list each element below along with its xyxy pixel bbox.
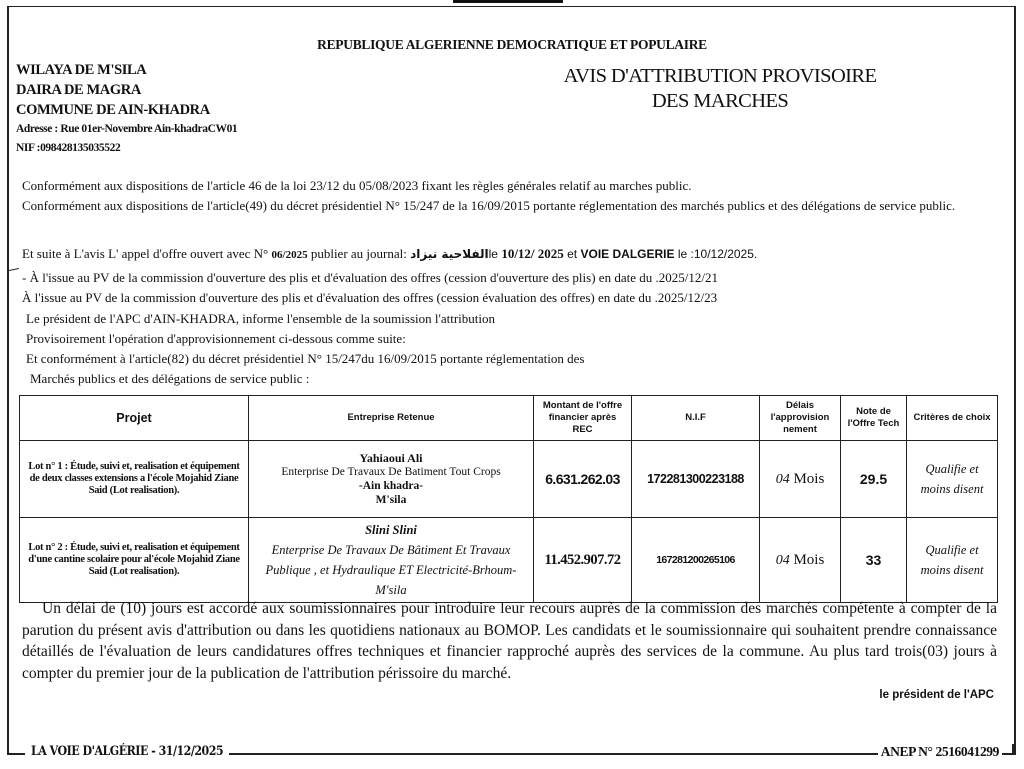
administration-block: WILAYA DE M'SILA DAIRA DE MAGRA COMMUNE … [16,60,237,158]
daira: DAIRA DE MAGRA [16,80,237,100]
commune: COMMUNE DE AIN-KHADRA [16,100,237,120]
recours-text: Un délai de (10) jours est accordé aux s… [22,600,997,682]
delai-number: 04 [776,472,790,487]
tender-number: 06/2025 [272,249,308,261]
p3-mid: publier au journal: [308,246,411,261]
recours-paragraph: Un délai de (10) jours est accordé aux s… [22,598,997,684]
entreprise-name: Slini Slini [253,520,529,540]
intro-paragraph-8: Et conformément à l'article(82) du décre… [26,349,1001,369]
footer-anep-number: ANEP N° 2516041299 [878,744,1002,760]
cell-projet: Lot n° 2 : Étude, suivi et, realisation … [20,518,249,603]
footer-right-cap [1012,744,1014,754]
entreprise-desc: Enterprise De Travaux De Batiment Tout C… [253,465,529,479]
cell-nif: 172281300223188 [632,441,760,518]
intro-paragraph-6: Le président de l'APC d'AIN-KHADRA, info… [26,309,1001,329]
header-delai: Délais l'approvision nement [760,396,841,441]
header-montant: Montant de l'offre financier après REC [534,396,632,441]
publication-date-2: le :10/12/2025. [675,247,758,261]
intro-paragraph-4: - À l'issue au PV de la commission d'ouv… [22,268,997,288]
journal-2: VOIE DALGERIE [580,247,674,261]
cell-montant: 6.631.262.03 [534,441,632,518]
cell-delai: 04 Mois [760,518,841,603]
intro-paragraph-3: Et suite à L'avis L' appel d'offre ouver… [22,244,997,265]
p3-et: et [564,247,581,261]
entreprise-name: Yahiaoui Ali [253,451,529,465]
delai-unit: Mois [790,552,825,568]
title-line-1: AVIS D'ATTRIBUTION PROVISOIRE [520,64,920,89]
table-header-row: Projet Entreprise Retenue Montant de l'o… [20,396,998,441]
cell-note: 29.5 [841,441,907,518]
cell-nif: 167281200265106 [632,518,760,603]
p3-le: le [489,247,502,261]
entreprise-location: -Ain khadra- [253,479,529,493]
cell-entreprise: Slini Slini Enterprise De Travaux De Bât… [249,518,534,603]
notice-title: AVIS D'ATTRIBUTION PROVISOIRE DES MARCHE… [520,64,920,114]
cell-critere: Qualifie et moins disent [907,441,998,518]
attribution-table: Projet Entreprise Retenue Montant de l'o… [19,395,997,603]
page-footer: LA VOIE D'ALGÉRIE - 31/12/2025 ANEP N° 2… [7,744,1014,764]
delai-unit: Mois [790,471,825,487]
address: Adresse : Rue 01er-Novembre Ain-khadraCW… [16,120,237,139]
intro-paragraph-1: Conformément aux dispositions de l'artic… [22,176,997,196]
cell-delai: 04 Mois [760,441,841,518]
cell-entreprise: Yahiaoui Ali Enterprise De Travaux De Ba… [249,441,534,518]
entreprise-desc: Enterprise De Travaux De Bâtiment Et Tra… [253,540,529,600]
journal-arabic: الفلاحية نيزاد [410,247,489,261]
intro-paragraph-7: Provisoirement l'opération d'approvision… [26,329,1001,349]
top-rule [453,0,563,3]
margin-tick [9,268,19,271]
intro-paragraph-2: Conformément aux dispositions de l'artic… [22,196,997,216]
header-criteres: Critères de choix [907,396,998,441]
header-entreprise: Entreprise Retenue [249,396,534,441]
intro-paragraph-5: À l'issue au PV de la commission d'ouver… [22,288,997,308]
p3-prefix: Et suite à L'avis L' appel d'offre ouver… [22,246,272,261]
entreprise-wilaya: M'sila [253,493,529,507]
intro-paragraph-9: Marchés publics et des délégations de se… [30,369,1005,389]
cell-note: 33 [841,518,907,603]
header-nif: N.I.F [632,396,760,441]
publication-date-1: 10/12/ 2025 [501,246,563,261]
table-row: Lot n° 2 : Étude, suivi et, realisation … [20,518,998,603]
nif: NIF :098428135035522 [16,139,237,158]
cell-montant: 11.452.907.72 [534,518,632,603]
wilaya: WILAYA DE M'SILA [16,60,237,80]
title-line-2: DES MARCHES [520,89,920,114]
republic-heading: REPUBLIQUE ALGERIENNE DEMOCRATIQUE ET PO… [0,37,1024,53]
delai-number: 04 [776,553,790,568]
cell-critere: Qualifie et moins disent [907,518,998,603]
header-projet: Projet [20,396,249,441]
footer-publication: LA VOIE D'ALGÉRIE - 31/12/2025 [25,744,229,759]
header-note: Note de l'Offre Tech [841,396,907,441]
table-row: Lot n° 1 : Étude, suivi et, realisation … [20,441,998,518]
cell-projet: Lot n° 1 : Étude, suivi et, realisation … [20,441,249,518]
signature: le président de l'APC [879,689,994,701]
